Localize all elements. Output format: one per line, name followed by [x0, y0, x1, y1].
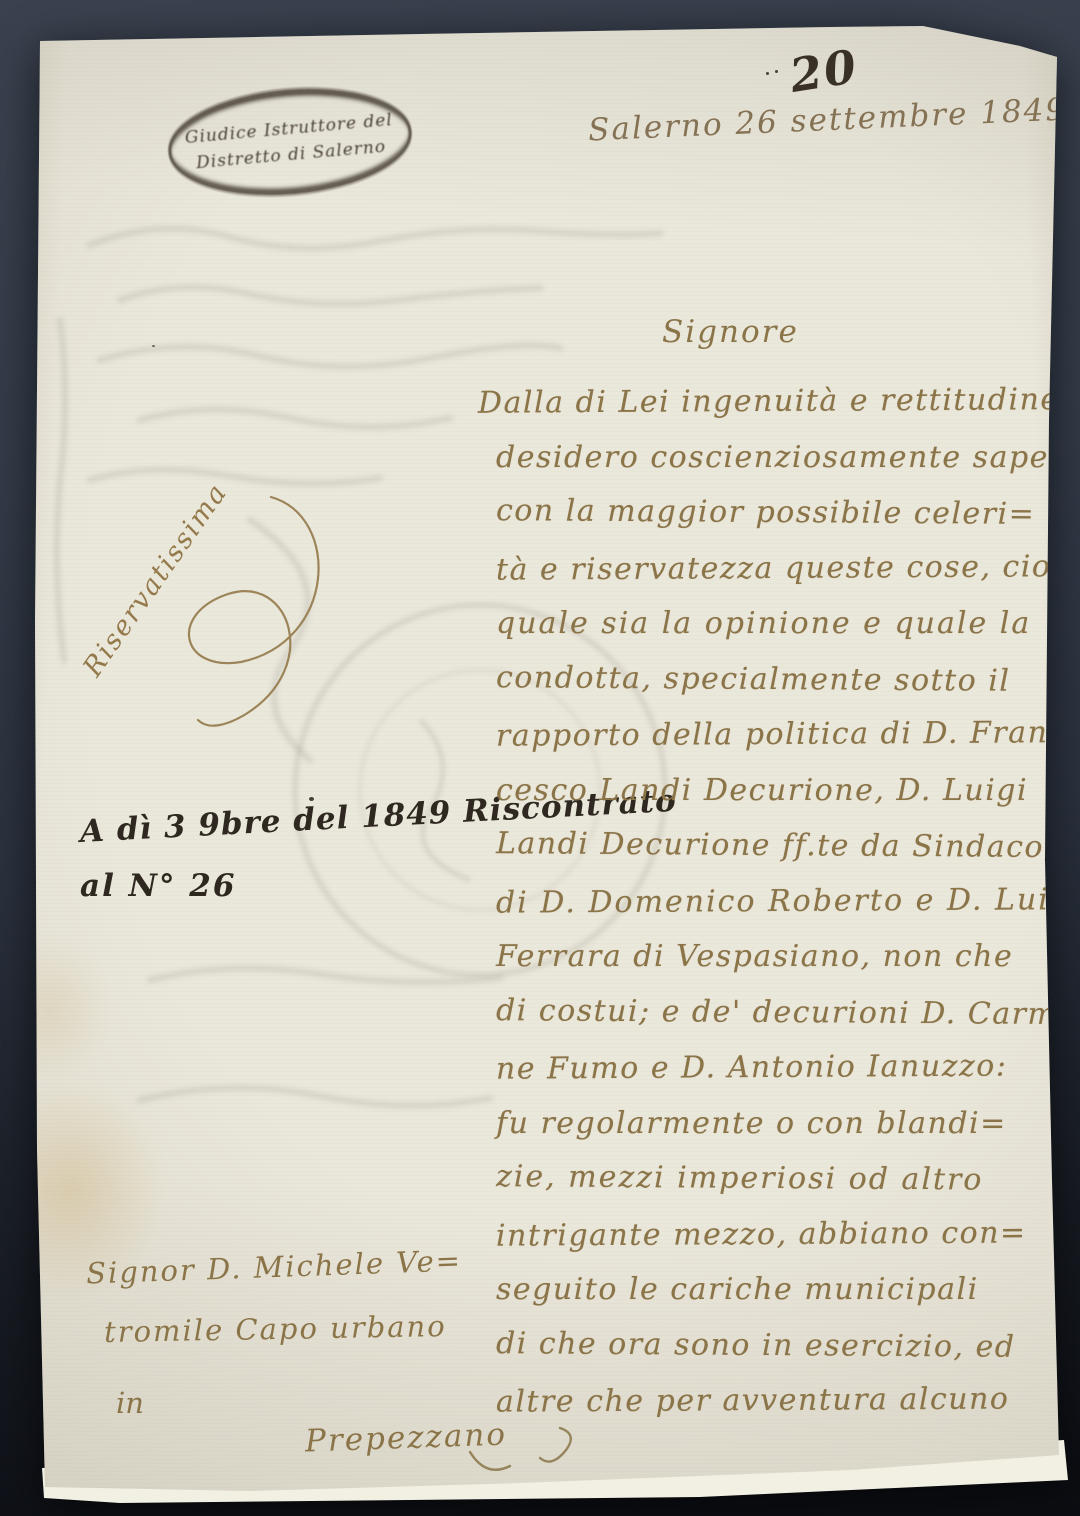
body-line: rapporto della politica di D. Fran=	[496, 705, 1044, 764]
photo-background: 20 Salerno 26 settembre 1849 Giudice Ist…	[0, 0, 1080, 1516]
letter-body: Dalla di Lei ingenuità e rettitudinedesi…	[478, 374, 1044, 1429]
body-line: di D. Domenico Roberto e D. Luigi	[496, 872, 1044, 931]
oval-office-stamp: Giudice Istruttore del Distretto di Sale…	[164, 80, 416, 205]
diagonal-note-text: Riservatissima	[77, 477, 234, 682]
ink-dots	[766, 72, 769, 75]
body-line: fu regolarmente o con blandi=	[496, 1096, 1044, 1152]
body-line: di costui; e de' decurioni D. Carmi=	[496, 983, 1044, 1042]
body-line: cesco Landi Decurione, D. Luigi	[496, 763, 1044, 819]
body-line: tà e riservatezza queste cose, cioè;	[496, 539, 1044, 598]
folded-corner	[1014, 30, 1058, 60]
body-line: di che ora sono in esercizio, ed	[496, 1316, 1044, 1375]
body-line: quale sia la opinione e quale la	[496, 596, 1044, 652]
address-line-1: Signor D. Michele Ve=	[86, 1243, 463, 1290]
body-line: condotta, specialmente sotto il	[496, 650, 1044, 709]
body-line: seguito le cariche municipali	[496, 1262, 1044, 1318]
paper-wrap: 20 Salerno 26 settembre 1849 Giudice Ist…	[0, 0, 1080, 1516]
address-line-4: Prepezzano	[304, 1416, 507, 1459]
body-line: intrigante mezzo, abbiano con=	[496, 1205, 1044, 1264]
address-line-3: in	[116, 1386, 144, 1420]
body-line: con la maggior possibile celeri=	[496, 483, 1044, 542]
date-line: Salerno 26 settembre 1849	[587, 92, 1067, 149]
address-line-2: tromile Capo urbano	[104, 1309, 447, 1349]
body-line: Dalla di Lei ingenuità e rettitudine	[478, 372, 1044, 431]
body-line: desidero coscienziosamente sapere	[496, 430, 1044, 486]
body-line: zie, mezzi imperiosi od altro	[496, 1149, 1044, 1208]
diagonal-note: Riservatissima	[86, 462, 346, 742]
ink-specks	[309, 797, 314, 801]
body-line: Ferrara di Vespasiano, non che	[496, 929, 1044, 985]
salutation: Signore	[662, 314, 799, 350]
page-number: 20	[786, 39, 862, 103]
body-line: Landi Decurione ff.te da Sindaco,	[496, 816, 1044, 875]
letter-paper: 20 Salerno 26 settembre 1849 Giudice Ist…	[0, 0, 1080, 1516]
body-line: ne Fumo e D. Antonio Ianuzzo:	[496, 1038, 1044, 1097]
body-line: altre che per avventura alcuno	[496, 1371, 1044, 1430]
